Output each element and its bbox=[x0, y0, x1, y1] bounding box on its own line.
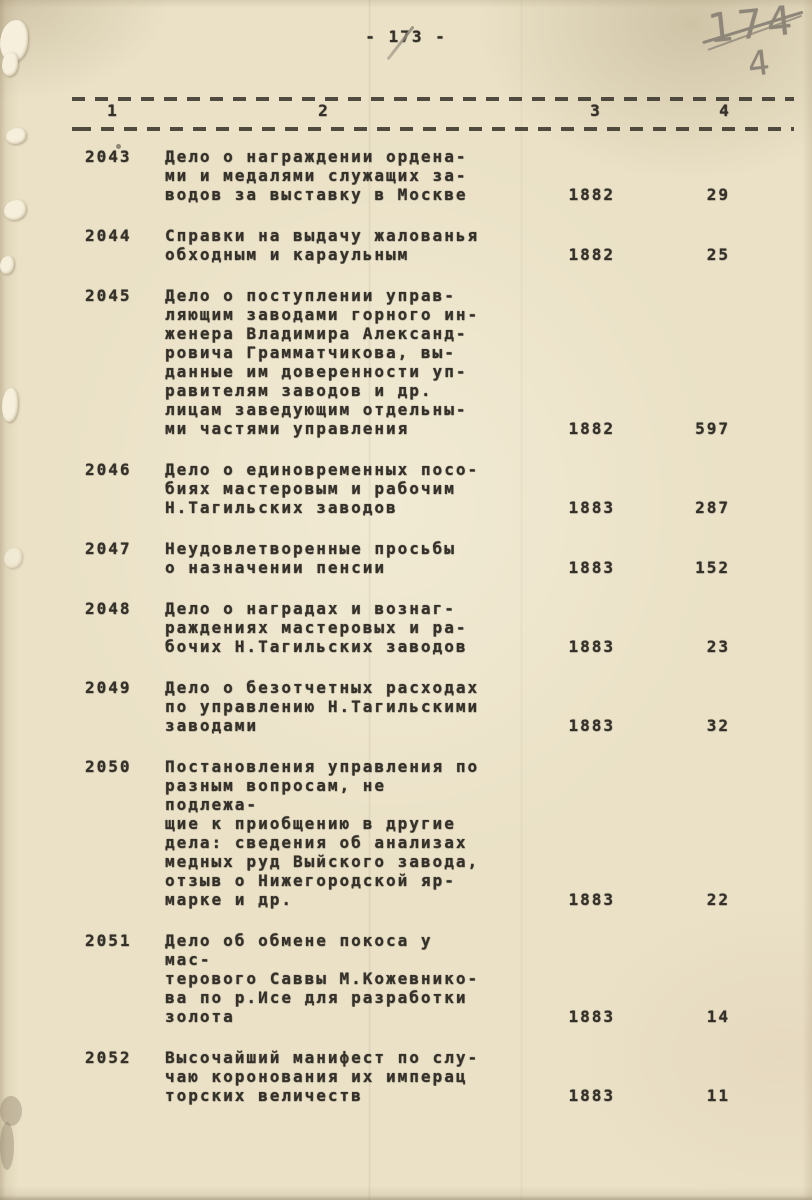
scanned-document-page: - 173 - 174 4 1 2 3 4 2043 Дело о награж… bbox=[0, 0, 812, 1200]
case-number: 2051 bbox=[85, 931, 165, 950]
case-description: Неудовлетворенные просьбы о назначении п… bbox=[165, 539, 485, 577]
case-year: 1883 bbox=[485, 498, 615, 517]
paper-tear bbox=[6, 128, 26, 144]
table-row: 2043 Дело о награждении ордена- ми и мед… bbox=[85, 147, 730, 204]
case-number: 2043 bbox=[85, 147, 165, 166]
table-row: 2051 Дело об обмене покоса у мас- терово… bbox=[85, 931, 730, 1026]
case-year: 1882 bbox=[485, 419, 615, 438]
case-description: Дело о единовременных посо- биях мастеро… bbox=[165, 460, 485, 517]
case-number: 2046 bbox=[85, 460, 165, 479]
case-year: 1883 bbox=[485, 637, 615, 656]
case-description: Дело об обмене покоса у мас- терового Са… bbox=[165, 931, 485, 1026]
table-row: 2050 Постановления управления по разным … bbox=[85, 757, 730, 909]
case-description: Дело о безотчетных расходах по управлени… bbox=[165, 678, 485, 735]
paper-tear bbox=[0, 256, 14, 274]
case-year: 1883 bbox=[485, 558, 615, 577]
table-row: 2044 Справки на выдачу жалованья обходны… bbox=[85, 226, 730, 264]
case-description: Дело о поступлении управ- ляющим заводам… bbox=[165, 286, 485, 438]
case-description: Постановления управления по разным вопро… bbox=[165, 757, 485, 909]
case-number: 2047 bbox=[85, 539, 165, 558]
table-row: 2047 Неудовлетворенные просьбы о назначе… bbox=[85, 539, 730, 577]
case-sheet-count: 152 bbox=[615, 558, 730, 577]
case-year: 1883 bbox=[485, 1007, 615, 1026]
inventory-table: 2043 Дело о награждении ордена- ми и мед… bbox=[85, 147, 730, 1105]
case-number: 2050 bbox=[85, 757, 165, 776]
case-year: 1883 bbox=[485, 1086, 615, 1105]
table-row: 2045 Дело о поступлении управ- ляющим за… bbox=[85, 286, 730, 438]
case-description: Высочайший манифест по слу- чаю коронова… bbox=[165, 1048, 485, 1105]
case-year: 1882 bbox=[485, 185, 615, 204]
column-header-3: 3 bbox=[590, 101, 602, 120]
case-sheet-count: 22 bbox=[615, 890, 730, 909]
table-row: 2049 Дело о безотчетных расходах по упра… bbox=[85, 678, 730, 735]
table-header-rule-top bbox=[72, 97, 794, 101]
table-row: 2048 Дело о наградах и вознаг- раждениях… bbox=[85, 599, 730, 656]
case-number: 2052 bbox=[85, 1048, 165, 1067]
table-row: 2052 Высочайший манифест по слу- чаю кор… bbox=[85, 1048, 730, 1105]
table-header-rule-bottom bbox=[72, 127, 794, 131]
case-sheet-count: 29 bbox=[615, 185, 730, 204]
paper-tear bbox=[4, 200, 26, 220]
case-year: 1883 bbox=[485, 716, 615, 735]
paper-tear bbox=[4, 548, 22, 568]
column-header-4: 4 bbox=[719, 101, 731, 120]
case-sheet-count: 32 bbox=[615, 716, 730, 735]
case-sheet-count: 11 bbox=[615, 1086, 730, 1105]
case-description: Дело о наградах и вознаг- раждениях маст… bbox=[165, 599, 485, 656]
case-description: Дело о награждении ордена- ми и медалями… bbox=[165, 147, 485, 204]
table-row: 2046 Дело о единовременных посо- биях ма… bbox=[85, 460, 730, 517]
case-sheet-count: 14 bbox=[615, 1007, 730, 1026]
handwritten-corrected-number: 4 bbox=[746, 43, 772, 85]
case-sheet-count: 287 bbox=[615, 498, 730, 517]
paper-tear bbox=[2, 52, 18, 76]
case-sheet-count: 597 bbox=[615, 419, 730, 438]
paper-tear bbox=[2, 388, 18, 422]
case-description: Справки на выдачу жалованья обходным и к… bbox=[165, 226, 485, 264]
column-header-1: 1 bbox=[107, 101, 119, 120]
column-header-2: 2 bbox=[318, 101, 330, 120]
case-number: 2048 bbox=[85, 599, 165, 618]
case-sheet-count: 25 bbox=[615, 245, 730, 264]
paper-stain bbox=[0, 1096, 22, 1126]
case-number: 2049 bbox=[85, 678, 165, 697]
case-year: 1883 bbox=[485, 890, 615, 909]
case-sheet-count: 23 bbox=[615, 637, 730, 656]
paper-stain bbox=[0, 1122, 14, 1170]
case-year: 1882 bbox=[485, 245, 615, 264]
case-number: 2045 bbox=[85, 286, 165, 305]
case-number: 2044 bbox=[85, 226, 165, 245]
